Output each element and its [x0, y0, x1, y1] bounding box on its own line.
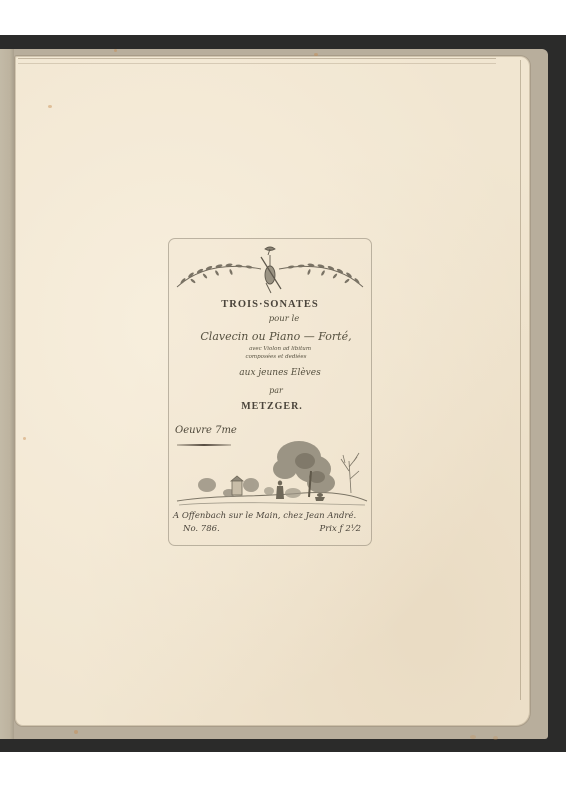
work-title: TROIS·SONATES — [169, 299, 371, 310]
dedication-line: composées et dediées — [175, 354, 377, 360]
pastoral-landscape-icon — [173, 431, 369, 511]
foxing-spot — [470, 735, 476, 739]
publisher-imprint: A Offenbach sur le Main, chez Jean André… — [173, 511, 356, 521]
foxing-spot — [493, 736, 498, 740]
engraved-plate: TROIS·SONATES pour le Clavecin ou Piano … — [168, 238, 372, 546]
price-text: Prix ƒ 2⅟2 — [320, 524, 362, 534]
binding-spine-edge — [0, 49, 14, 739]
instrument-text: Clavecin ou Piano — Forté, — [175, 330, 377, 343]
foxing-spot — [48, 105, 52, 108]
pour-le-text: pour le — [183, 314, 385, 324]
foxing-spot — [74, 730, 78, 734]
foxing-spot — [23, 437, 26, 440]
page-right-edge — [520, 60, 525, 700]
laurel-garland-icon — [169, 245, 371, 295]
accompaniment-text: avec Violon ad libitum — [179, 346, 381, 352]
foxing-spot — [314, 53, 318, 56]
composer-name: METZGER. — [171, 401, 373, 412]
dedicatees-text: aux jeunes Elèves — [179, 368, 381, 378]
par-text: par — [175, 386, 377, 395]
page-top-edge — [18, 58, 496, 64]
foxing-spot — [114, 49, 117, 52]
plate-number: No. 786. — [183, 524, 220, 534]
